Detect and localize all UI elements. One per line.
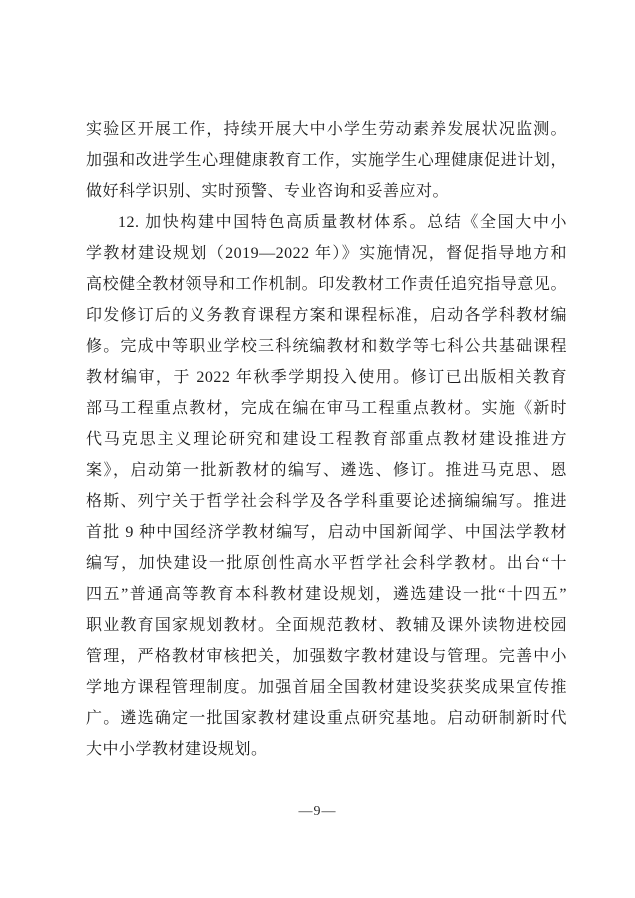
text-line: 广。遴选确定一批国家教材建设重点研究基地。启动研制新时代 xyxy=(86,703,567,734)
text-line: 案》，启动第一批新教材的编写、遴选、修订。推进马克思、恩 xyxy=(86,455,567,486)
text-line: 加强和改进学生心理健康教育工作，实施学生心理健康促进计划， xyxy=(86,145,567,176)
text-line: 代马克思主义理论研究和建设工程教育部重点教材建设推进方 xyxy=(86,424,567,455)
text-line: 实验区开展工作，持续开展大中小学生劳动素养发展状况监测。 xyxy=(86,114,567,145)
text-line: 四五”普通高等教育本科教材建设规划，遴选建设一批“十四五” xyxy=(86,579,567,610)
document-page: 实验区开展工作，持续开展大中小学生劳动素养发展状况监测。 加强和改进学生心理健康… xyxy=(0,0,635,898)
text-line: 格斯、列宁关于哲学社会科学及各学科重要论述摘编编写。推进 xyxy=(86,486,567,517)
text-line: 编写，加快建设一批原创性高水平哲学社会科学教材。出台“十 xyxy=(86,548,567,579)
text-line: 学地方课程管理制度。加强首届全国教材建设奖获奖成果宣传推 xyxy=(86,672,567,703)
text-line: 做好科学识别、实时预警、专业咨询和妥善应对。 xyxy=(86,176,567,207)
text-line: 管理，严格教材审核把关，加强数字教材建设与管理。完善中小 xyxy=(86,641,567,672)
text-line: 首批 9 种中国经济学教材编写，启动中国新闻学、中国法学教材 xyxy=(86,517,567,548)
text-line: 职业教育国家规划教材。全面规范教材、教辅及课外读物进校园 xyxy=(86,610,567,641)
text-line: 部马工程重点教材，完成在编在审马工程重点教材。实施《新时 xyxy=(86,393,567,424)
text-line: 教材编审，于 2022 年秋季学期投入使用。修订已出版相关教育 xyxy=(86,362,567,393)
page-number: —9— xyxy=(0,801,635,823)
document-text-block: 实验区开展工作，持续开展大中小学生劳动素养发展状况监测。 加强和改进学生心理健康… xyxy=(86,114,567,765)
text-line: 修。完成中等职业学校三科统编教材和数学等七科公共基础课程 xyxy=(86,331,567,362)
text-line: 印发修订后的义务教育课程方案和课程标准，启动各学科教材编 xyxy=(86,300,567,331)
text-line: 学教材建设规划（2019—2022 年）》实施情况，督促指导地方和 xyxy=(86,238,567,269)
text-line: 大中小学教材建设规划。 xyxy=(86,734,567,765)
text-line: 高校健全教材领导和工作机制。印发教材工作责任追究指导意见。 xyxy=(86,269,567,300)
text-line: 12. 加快构建中国特色高质量教材体系。总结《全国大中小 xyxy=(86,207,567,238)
